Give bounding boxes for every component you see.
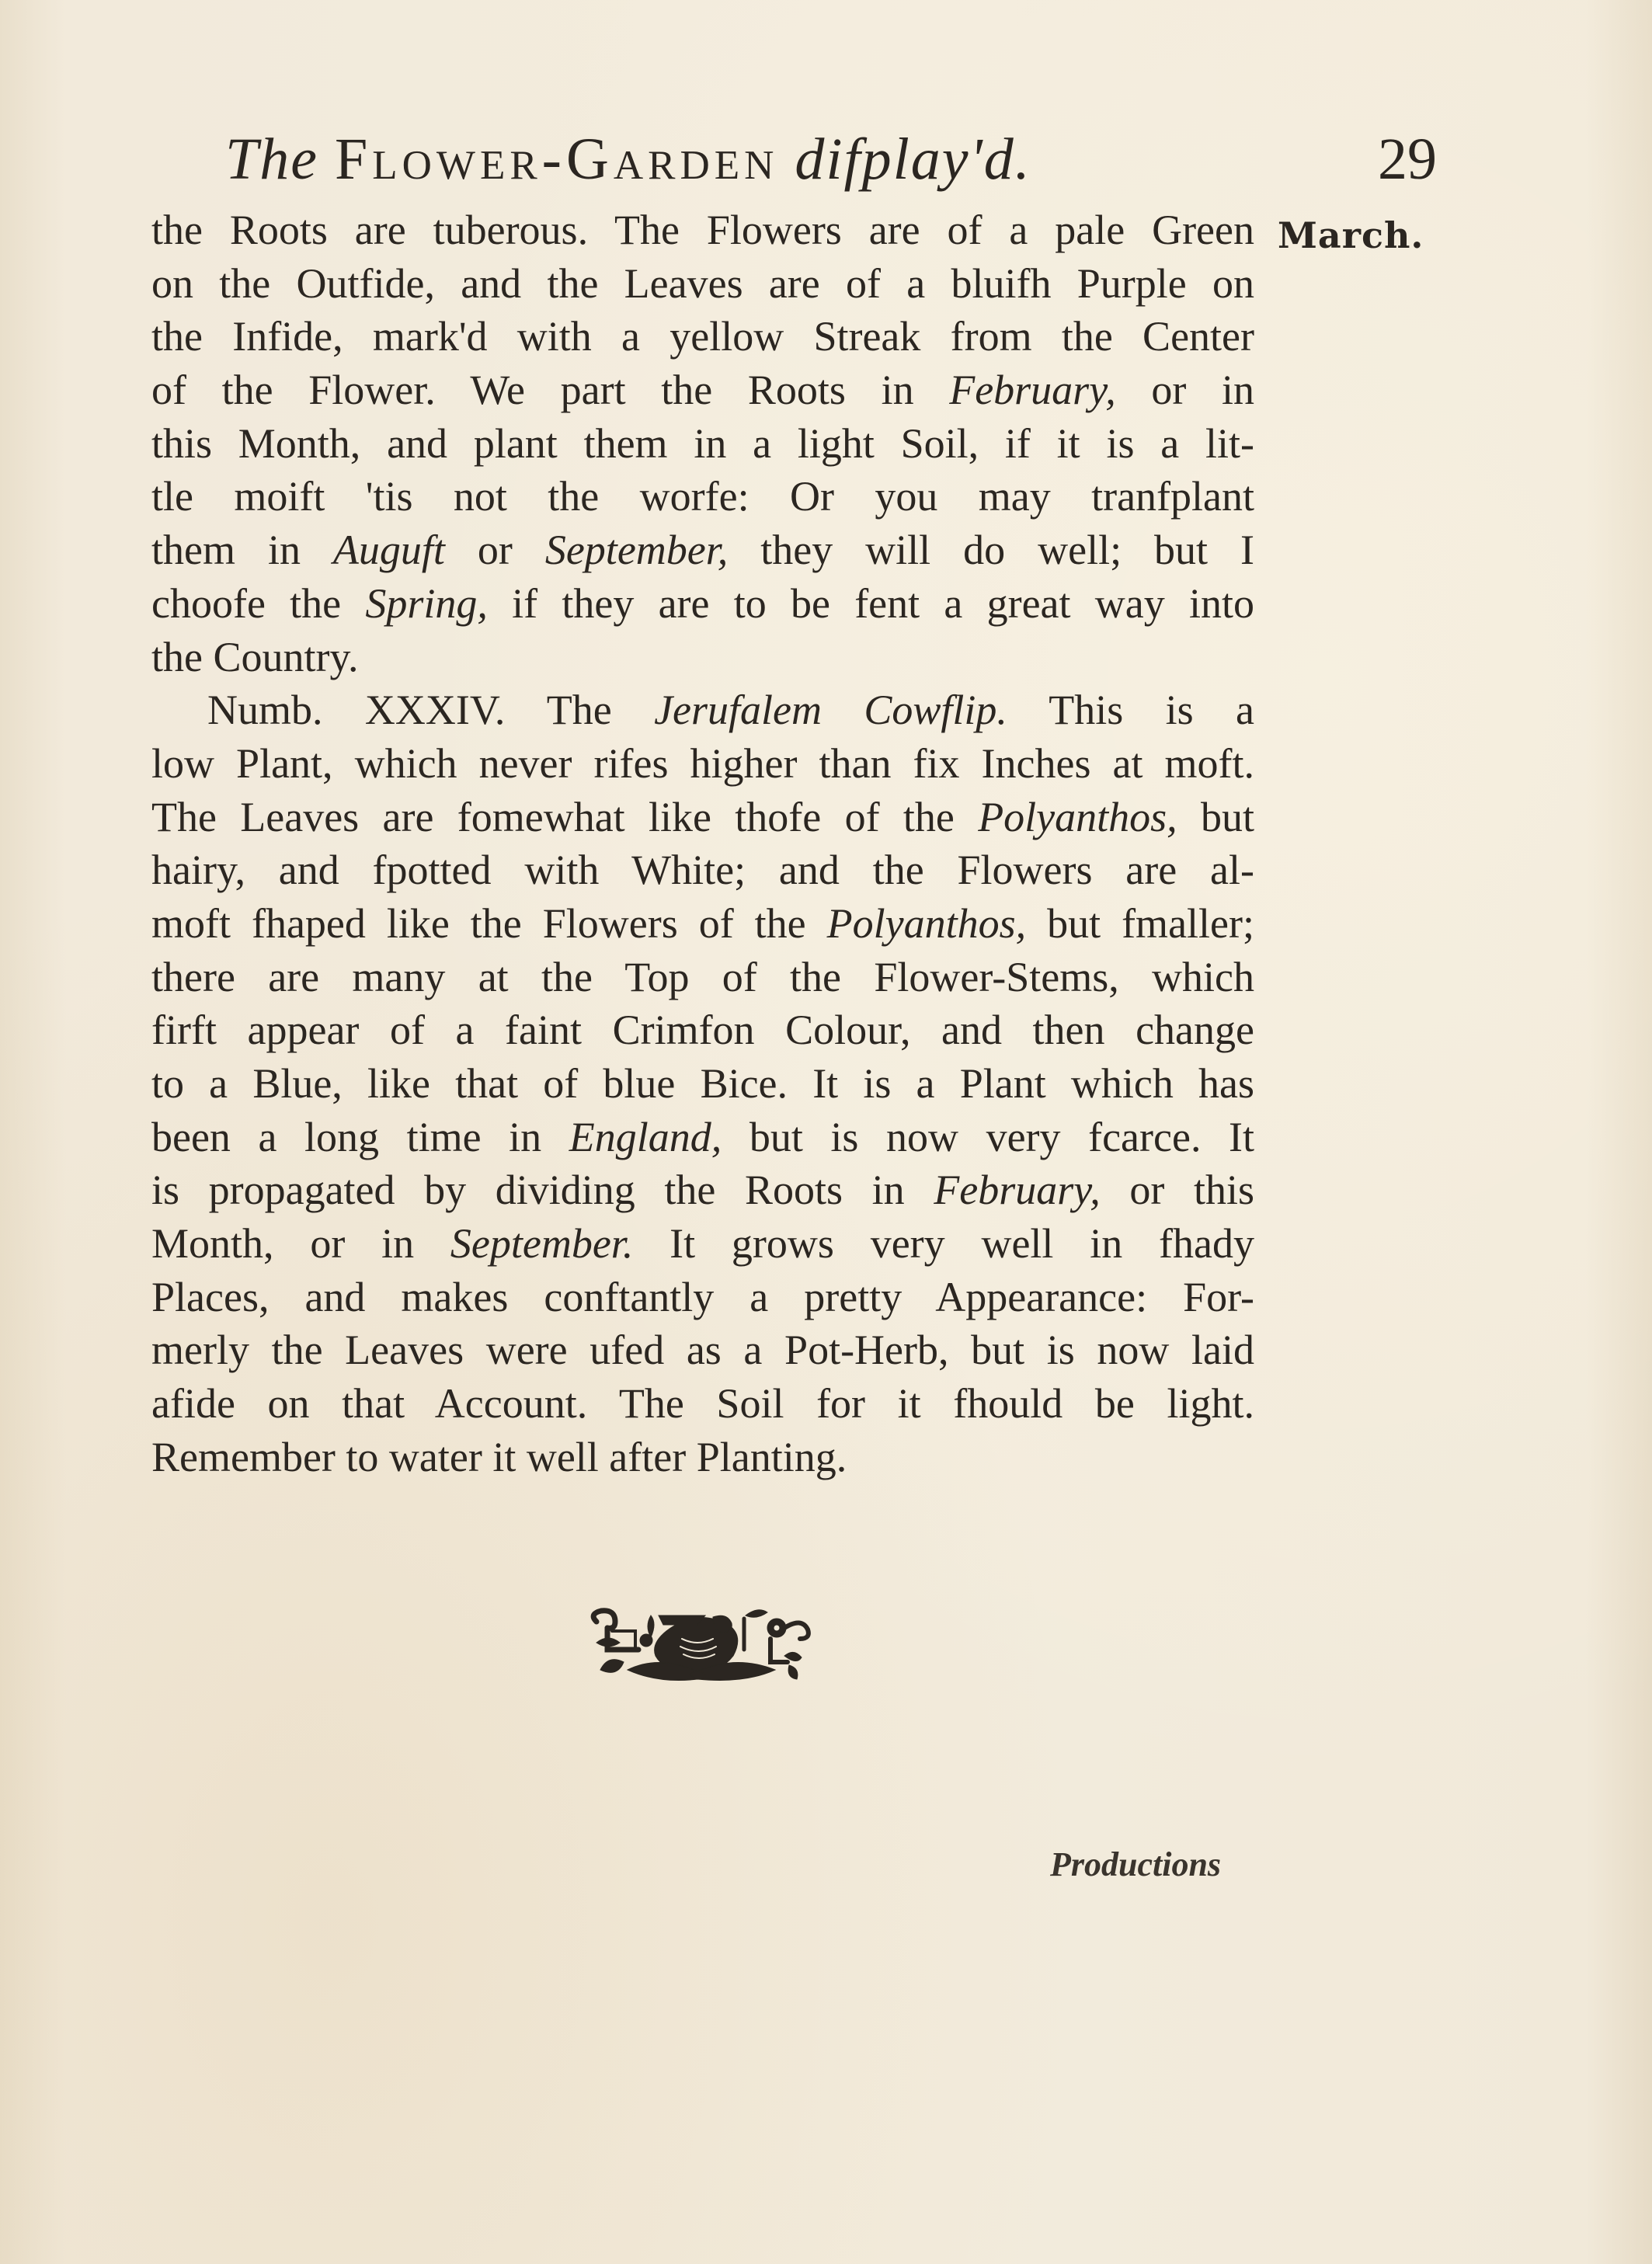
italic-text: February, [949,367,1115,413]
text-segment: firft appear of a faint Crimfon Colour, … [151,1007,1254,1053]
text-segment: moft fhaped like the Flowers of the [151,900,827,947]
text-segment: but is now very fcarce. It [722,1114,1254,1160]
page-number: 29 [1378,117,1437,202]
text-segment: them in [151,527,333,573]
text-segment: choofe the [151,580,365,627]
text-segment: Numb. XXXIV. The [207,687,654,733]
italic-text: Spring, [365,580,488,627]
italic-text: Polyanthos, [827,900,1026,947]
text-line: there are many at the Top of the Flower-… [151,951,1254,1004]
running-title-the: The [225,127,318,192]
text-line: the Infide, mark'd with a yellow Streak … [151,310,1254,363]
text-segment: Remember to water it well after Planting… [151,1434,847,1480]
italic-text: England, [569,1114,722,1160]
text-segment: tle moift 'tis not the worfe: Or you may… [151,473,1254,520]
text-segment: but [1177,794,1254,840]
text-line: been a long time in England, but is now … [151,1111,1254,1164]
text-line: afide on that Account. The Soil for it f… [151,1377,1254,1431]
text-line: to a Blue, like that of blue Bice. It is… [151,1057,1254,1111]
text-line: firft appear of a faint Crimfon Colour, … [151,1003,1254,1057]
text-segment: or [445,527,545,573]
text-segment: It grows very well in fhady [633,1220,1254,1267]
italic-text: September. [450,1220,633,1267]
margin-note-month: March. [1278,208,1424,263]
text-segment: low Plant, which never rifes higher than… [151,740,1254,787]
text-segment: This is a [1007,687,1254,733]
running-title-displayd: difplay'd. [795,127,1031,192]
text-segment: on the Outfide, and the Leaves are of a … [151,260,1254,307]
printers-ornament-icon [581,1600,814,1685]
text-segment: been a long time in [151,1114,569,1160]
text-segment: is propagated by dividing the Roots in [151,1167,934,1213]
text-segment: the Country. [151,634,358,680]
text-line: of the Flower. We part the Roots in Febr… [151,363,1254,417]
text-segment: The Leaves are fomewhat like thofe of th… [151,794,978,840]
paragraph-container: the Roots are tuberous. The Flowers are … [151,203,1254,1484]
text-line: the Country. [151,631,1254,684]
text-line: merly the Leaves were ufed as a Pot-Herb… [151,1323,1254,1377]
text-segment: if they are to be fent a great way into [488,580,1254,627]
text-line: low Plant, which never rifes higher than… [151,737,1254,791]
text-line: the Roots are tuberous. The Flowers are … [151,203,1254,257]
text-segment: or this [1101,1167,1254,1213]
text-segment: afide on that Account. The Soil for it f… [151,1380,1254,1427]
text-segment: to a Blue, like that of blue Bice. It is… [151,1060,1254,1107]
book-page: The Flower-Garden difplay'd. 29 March. t… [0,0,1652,2264]
text-line: Month, or in September. It grows very we… [151,1217,1254,1271]
catchword: Productions [1050,1845,1221,1884]
text-segment: the Infide, mark'd with a yellow Streak … [151,313,1254,360]
text-segment: there are many at the Top of the Flower-… [151,954,1254,1000]
text-line: Numb. XXXIV. The Jerufalem Cowflip. This… [151,683,1254,737]
text-segment: this Month, and plant them in a light So… [151,420,1254,467]
text-line: tle moift 'tis not the worfe: Or you may… [151,470,1254,523]
italic-text: Auguft [333,527,445,573]
text-segment: but fmaller; [1026,900,1254,947]
running-head: The Flower-Garden difplay'd. 29 [225,117,1437,202]
italic-text: Jerufalem Cowflip. [654,687,1007,733]
text-line: Remember to water it well after Planting… [151,1431,1254,1484]
italic-text: Polyanthos, [978,794,1177,840]
text-segment: Places, and makes conftantly a pretty Ap… [151,1274,1254,1320]
text-line: them in Auguft or September, they will d… [151,523,1254,577]
text-segment: merly the Leaves were ufed as a Pot-Herb… [151,1327,1254,1373]
text-segment: the Roots are tuberous. The Flowers are … [151,207,1254,253]
italic-text: February, [934,1167,1100,1213]
text-segment: they will do well; but I [728,527,1254,573]
text-line: this Month, and plant them in a light So… [151,417,1254,471]
text-line: hairy, and fpotted with White; and the F… [151,843,1254,897]
text-line: moft fhaped like the Flowers of the Poly… [151,897,1254,951]
text-segment: Month, or in [151,1220,450,1267]
running-title: The Flower-Garden difplay'd. [225,117,1031,202]
paragraph: the Roots are tuberous. The Flowers are … [151,203,1254,683]
text-line: choofe the Spring, if they are to be fen… [151,577,1254,631]
text-line: Places, and makes conftantly a pretty Ap… [151,1271,1254,1324]
text-segment: of the Flower. We part the Roots in [151,367,949,413]
text-segment: hairy, and fpotted with White; and the F… [151,847,1254,893]
text-line: The Leaves are fomewhat like thofe of th… [151,791,1254,844]
text-line: on the Outfide, and the Leaves are of a … [151,257,1254,311]
text-line: is propagated by dividing the Roots in F… [151,1163,1254,1217]
paragraph: Numb. XXXIV. The Jerufalem Cowflip. This… [151,683,1254,1483]
italic-text: September, [545,527,728,573]
text-segment: or in [1116,367,1254,413]
running-title-flower-garden: Flower-Garden [335,127,778,192]
body-text: the Roots are tuberous. The Flowers are … [151,203,1254,1484]
